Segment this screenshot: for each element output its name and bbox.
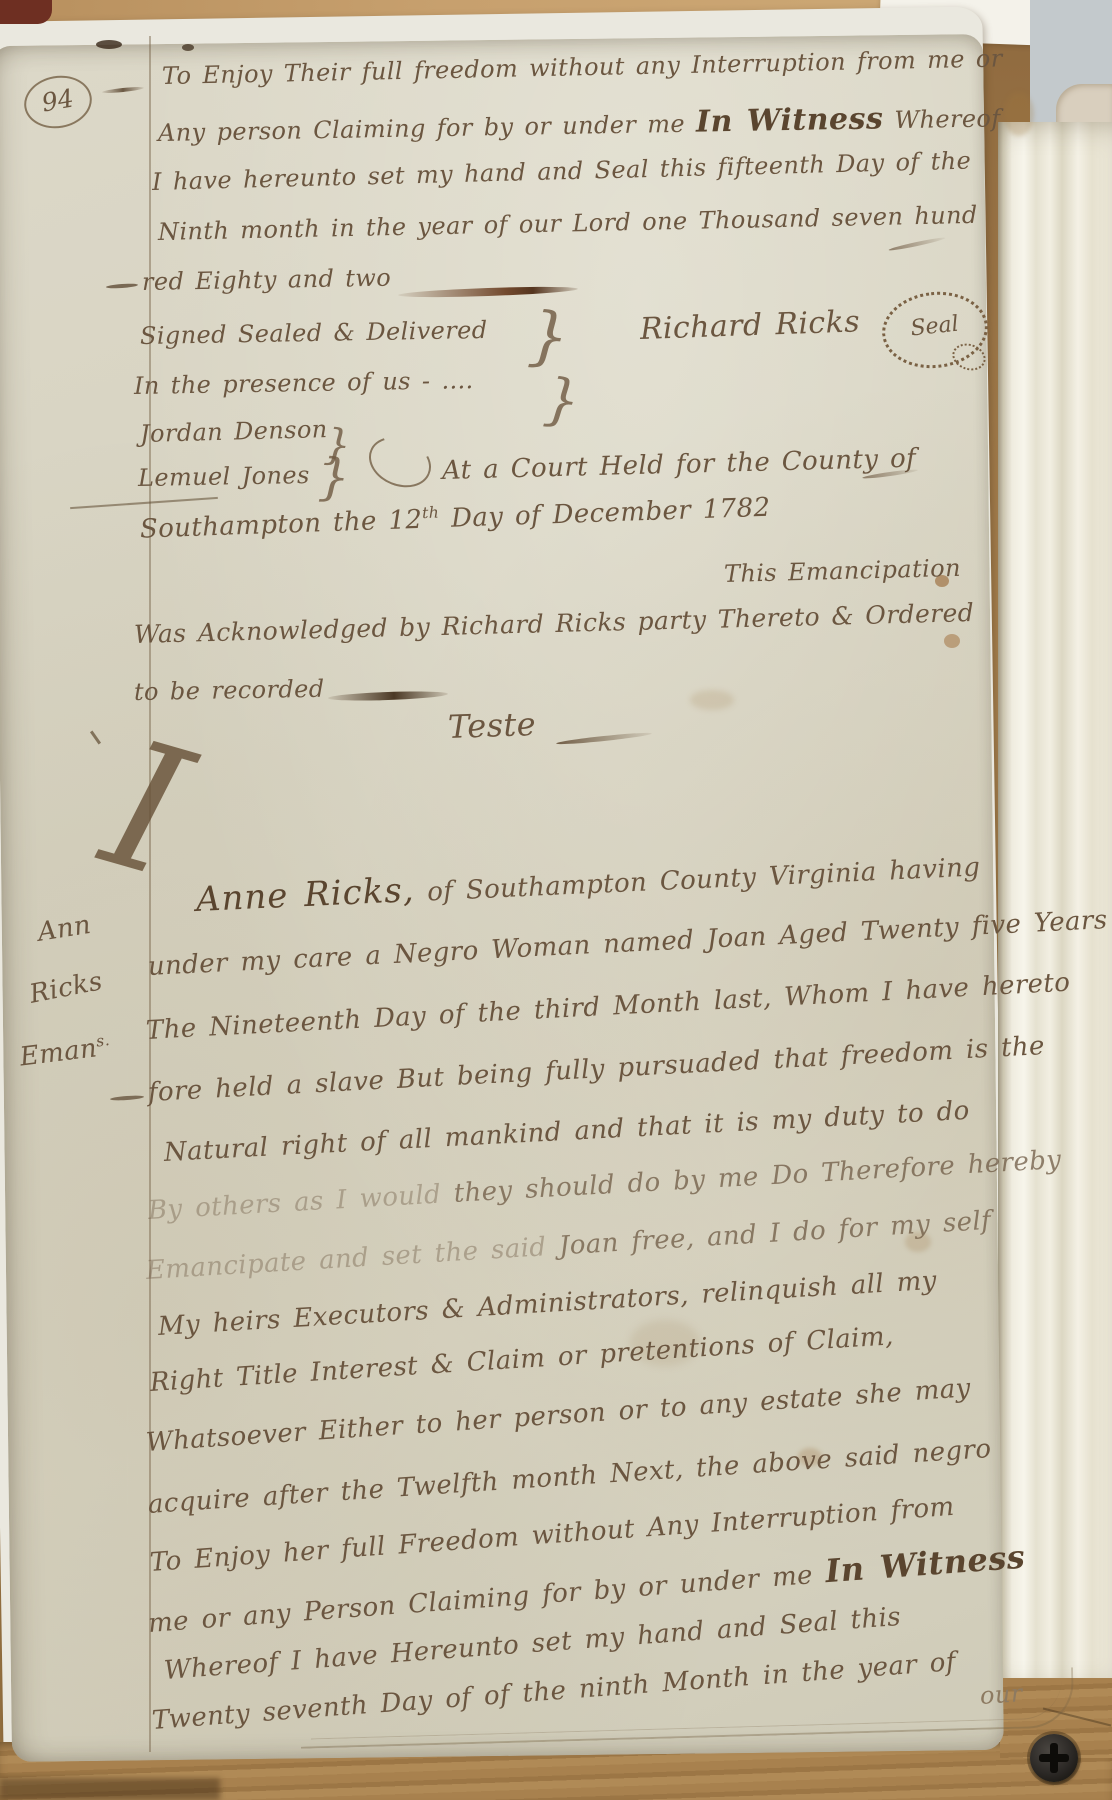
ordinal-superscript: th (422, 504, 440, 523)
attestation-line: In the presence of us - .... (134, 366, 474, 400)
page-number-value: 94 (40, 83, 76, 117)
catchword: our (979, 1679, 1023, 1710)
in-witness-emphasis: In Witness (696, 101, 884, 139)
book-spine-sliver (0, 0, 52, 24)
seal-label: Seal (909, 312, 960, 342)
page-shadow (0, 1778, 220, 1800)
screw-head (1030, 1734, 1078, 1782)
ink-smudge (182, 44, 194, 51)
abbrev-superscript: s. (95, 1031, 111, 1051)
acknowledgment-line: to be recorded (134, 675, 325, 706)
brace-flourish: } (541, 366, 583, 434)
witness-name: Lemuel Jones (138, 461, 310, 492)
foxing-spot (1004, 92, 1034, 136)
manuscript-line: red Eighty and two (142, 264, 392, 296)
line-text: Whereof (883, 104, 1001, 134)
teste-label: Teste (447, 705, 536, 746)
foxing-spot (944, 634, 960, 648)
stain (690, 690, 734, 710)
brace-flourish: } (317, 447, 351, 506)
ink-smudge (96, 40, 122, 49)
witness-name: Jordan Denson (140, 415, 328, 448)
brace-flourish: } (525, 299, 571, 376)
